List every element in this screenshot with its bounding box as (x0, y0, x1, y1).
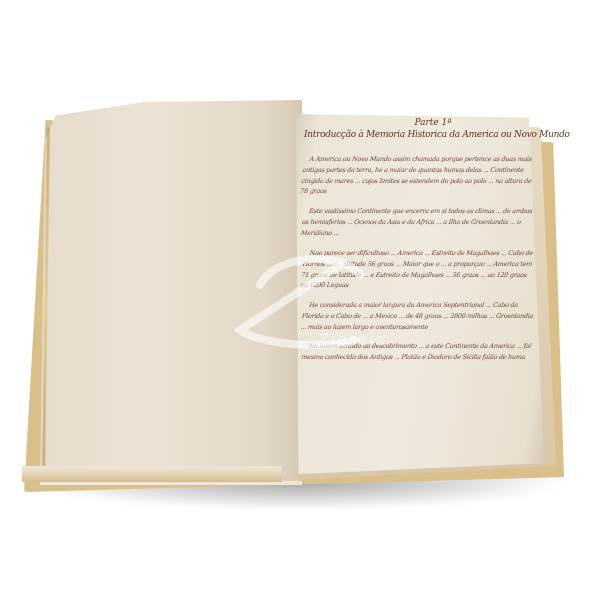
watermark-text: Ziereis (318, 330, 386, 349)
paragraph: A America ou Novo Mundo assim chamada po… (300, 154, 539, 197)
manuscript-title: Introducção à Memoria Historica da Ameri… (304, 130, 536, 140)
paragraph: Este vastissimo Continente que encerra e… (300, 206, 537, 238)
left-page-blank (40, 100, 302, 485)
manuscript-header: Parte 1ª (330, 118, 536, 128)
paragraph: Nao parece ser dificultoso ... America .… (300, 248, 539, 291)
photo-scene: Parte 1ª Introducção à Memoria Historica… (0, 0, 600, 600)
left-bottom-edge (22, 466, 282, 482)
paragraph: He considerada a maior largura da Americ… (300, 300, 537, 332)
